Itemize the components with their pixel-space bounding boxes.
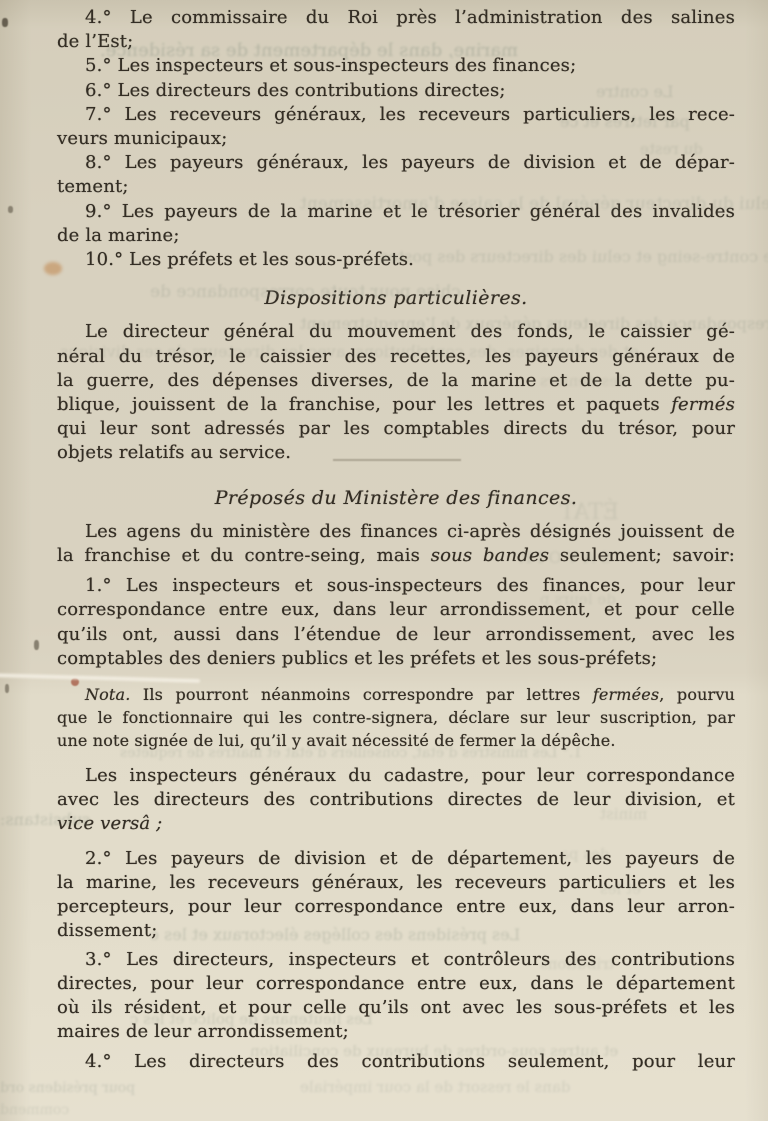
- text-line: maires de leur arrondissement;: [57, 1020, 735, 1044]
- text-segment: maires de leur arrondissement;: [57, 1021, 349, 1042]
- text-line: qui leur sont adressés par les comptable…: [57, 417, 735, 441]
- text-line: correspondance entre eux, dans leur arro…: [57, 598, 735, 622]
- text-segment: une note signée de lui, qu’il y avait né…: [57, 731, 616, 750]
- italic-text: fermés: [671, 394, 735, 415]
- italic-text: vice versâ ;: [57, 813, 162, 834]
- text-segment: qu’ils ont, aussi dans l’étendue de leur…: [57, 624, 735, 645]
- text-line: percepteurs, pour leur correspondance en…: [57, 895, 735, 919]
- text-line: 10.° Les préfets et les sous-préfets.: [57, 248, 735, 272]
- ink-stain: [8, 206, 13, 213]
- text-line: veurs municipaux;: [57, 127, 735, 151]
- text-segment: blique, jouissent de la franchise, pour …: [57, 394, 671, 415]
- text-segment: la franchise et du contre-seing, mais: [57, 545, 431, 566]
- text-segment: de l’Est;: [57, 31, 133, 52]
- text-segment: 10.° Les préfets et les sous-préfets.: [85, 249, 414, 270]
- paragraph: Les agens du ministère des finances ci-a…: [57, 520, 735, 568]
- text-segment: 5.° Les inspecteurs et sous-inspecteurs …: [85, 55, 576, 76]
- text-segment: , pourvu: [659, 685, 735, 704]
- paragraph: Le directeur général du mouvement des fo…: [57, 320, 735, 465]
- text-line: 8.° Les payeurs généraux, les payeurs de…: [57, 151, 735, 175]
- bleedthrough-text: commend: [0, 1102, 69, 1118]
- text-segment: 4.° Le commissaire du Roi près l’adminis…: [85, 7, 735, 28]
- text-line: 7.° Les receveurs généraux, les receveur…: [57, 103, 735, 127]
- bleedthrough-text: pour présidens ord: [0, 1080, 135, 1096]
- text-segment: 4.° Les directeurs des contributions seu…: [85, 1051, 735, 1072]
- text-segment: Les agens du ministère des finances ci-a…: [85, 521, 735, 542]
- numbered-item: 6.° Les directeurs des contributions dir…: [57, 79, 735, 103]
- text-segment: 1.° Les inspecteurs et sous-inspecteurs …: [85, 575, 735, 596]
- ink-stain: [34, 640, 39, 650]
- text-line: 9.° Les payeurs de la marine et le tréso…: [57, 200, 735, 224]
- text-line: 4.° Le commissaire du Roi près l’adminis…: [57, 6, 735, 30]
- text-line: néral du trésor, le caissier des recette…: [57, 345, 735, 369]
- numbered-item: 10.° Les préfets et les sous-préfets.: [57, 248, 735, 272]
- text-segment: Ils pourront néanmoins correspondre par …: [130, 685, 592, 704]
- numbered-item: 9.° Les payeurs de la marine et le tréso…: [57, 200, 735, 248]
- numbered-item: 8.° Les payeurs généraux, les payeurs de…: [57, 151, 735, 199]
- text-segment: Le directeur général du mouvement des fo…: [85, 321, 735, 342]
- scanned-page: 4.° Le commissaire du Roi près l’adminis…: [0, 0, 768, 1121]
- section-heading: Préposés du Ministère des finances.: [57, 486, 735, 510]
- text-line: dissement;: [57, 919, 735, 943]
- text-segment: 2.° Les payeurs de division et de départ…: [85, 848, 735, 869]
- text-line: la marine, les receveurs généraux, les r…: [57, 871, 735, 895]
- text-segment: dissement;: [57, 920, 158, 941]
- text-segment: 7.° Les receveurs généraux, les receveur…: [85, 104, 735, 125]
- numbered-item: 3.° Les directeurs, inspecteurs et contr…: [57, 948, 735, 1045]
- text-segment: la guerre, des dépenses diverses, de la …: [57, 370, 735, 391]
- document-text: 4.° Le commissaire du Roi près l’adminis…: [57, 6, 735, 1075]
- text-line: 2.° Les payeurs de division et de départ…: [57, 847, 735, 871]
- text-segment: de la marine;: [57, 225, 180, 246]
- text-line: Nota. Ils pourront néanmoins correspondr…: [57, 683, 735, 706]
- text-segment: néral du trésor, le caissier des recette…: [57, 346, 735, 367]
- text-segment: 9.° Les payeurs de la marine et le tréso…: [85, 201, 735, 222]
- ink-stain: [5, 684, 9, 693]
- text-segment: objets relatifs au service.: [57, 442, 291, 463]
- text-line: une note signée de lui, qu’il y avait né…: [57, 729, 735, 752]
- text-segment: veurs municipaux;: [57, 128, 227, 149]
- numbered-item: 2.° Les payeurs de division et de départ…: [57, 847, 735, 944]
- text-line: vice versâ ;: [57, 812, 735, 836]
- text-segment: percepteurs, pour leur correspondance en…: [57, 896, 735, 917]
- text-segment: que le fonctionnaire qui les contre-sign…: [57, 708, 735, 727]
- text-line: 4.° Les directeurs des contributions seu…: [57, 1050, 735, 1074]
- text-segment: comptables des deniers publics et les pr…: [57, 648, 657, 669]
- numbered-item: 7.° Les receveurs généraux, les receveur…: [57, 103, 735, 151]
- text-segment: Les inspecteurs généraux du cadastre, po…: [85, 765, 735, 786]
- text-segment: avec les directeurs des contributions di…: [57, 789, 735, 810]
- italic-text: Nota.: [85, 685, 130, 704]
- text-line: 1.° Les inspecteurs et sous-inspecteurs …: [57, 574, 735, 598]
- text-segment: qui leur sont adressés par les comptable…: [57, 418, 735, 439]
- text-line: de l’Est;: [57, 30, 735, 54]
- text-line: de la marine;: [57, 224, 735, 248]
- text-line: la franchise et du contre-seing, mais so…: [57, 544, 735, 568]
- text-line: blique, jouissent de la franchise, pour …: [57, 393, 735, 417]
- text-line: que le fonctionnaire qui les contre-sign…: [57, 706, 735, 729]
- text-line: Le directeur général du mouvement des fo…: [57, 320, 735, 344]
- text-line: comptables des deniers publics et les pr…: [57, 647, 735, 671]
- italic-text: sous bandes: [431, 545, 549, 566]
- text-line: avec les directeurs des contributions di…: [57, 788, 735, 812]
- text-line: 6.° Les directeurs des contributions dir…: [57, 79, 735, 103]
- text-segment: où ils résident, et pour celle qu’ils on…: [57, 997, 735, 1018]
- nota-paragraph: Nota. Ils pourront néanmoins correspondr…: [57, 683, 735, 752]
- paragraph: Les inspecteurs généraux du cadastre, po…: [57, 764, 735, 837]
- text-segment: seulement; savoir:: [549, 545, 735, 566]
- text-segment: correspondance entre eux, dans leur arro…: [57, 599, 735, 620]
- text-line: directes, pour leur correspondance entre…: [57, 972, 735, 996]
- bleedthrough-text: dans le ressort de la cour impériale: [300, 1078, 570, 1096]
- text-line: 5.° Les inspecteurs et sous-inspecteurs …: [57, 54, 735, 78]
- text-segment: 3.° Les directeurs, inspecteurs et contr…: [85, 949, 735, 970]
- text-line: 3.° Les directeurs, inspecteurs et contr…: [57, 948, 735, 972]
- text-line: la guerre, des dépenses diverses, de la …: [57, 369, 735, 393]
- text-line: où ils résident, et pour celle qu’ils on…: [57, 996, 735, 1020]
- ink-stain: [2, 18, 8, 27]
- numbered-item: 5.° Les inspecteurs et sous-inspecteurs …: [57, 54, 735, 78]
- text-segment: 6.° Les directeurs des contributions dir…: [85, 80, 506, 101]
- section-heading: Dispositions particulières.: [57, 286, 735, 310]
- numbered-item: 4.° Le commissaire du Roi près l’adminis…: [57, 6, 735, 54]
- text-line: objets relatifs au service.: [57, 441, 735, 465]
- text-line: qu’ils ont, aussi dans l’étendue de leur…: [57, 623, 735, 647]
- numbered-item: 1.° Les inspecteurs et sous-inspecteurs …: [57, 574, 735, 671]
- text-line: Les agens du ministère des finances ci-a…: [57, 520, 735, 544]
- text-segment: la marine, les receveurs généraux, les r…: [57, 872, 735, 893]
- text-segment: tement;: [57, 176, 129, 197]
- numbered-item: 4.° Les directeurs des contributions seu…: [57, 1050, 735, 1074]
- text-line: tement;: [57, 175, 735, 199]
- text-segment: directes, pour leur correspondance entre…: [57, 973, 735, 994]
- text-segment: 8.° Les payeurs généraux, les payeurs de…: [85, 152, 735, 173]
- italic-text: fermées: [593, 685, 659, 704]
- text-line: Les inspecteurs généraux du cadastre, po…: [57, 764, 735, 788]
